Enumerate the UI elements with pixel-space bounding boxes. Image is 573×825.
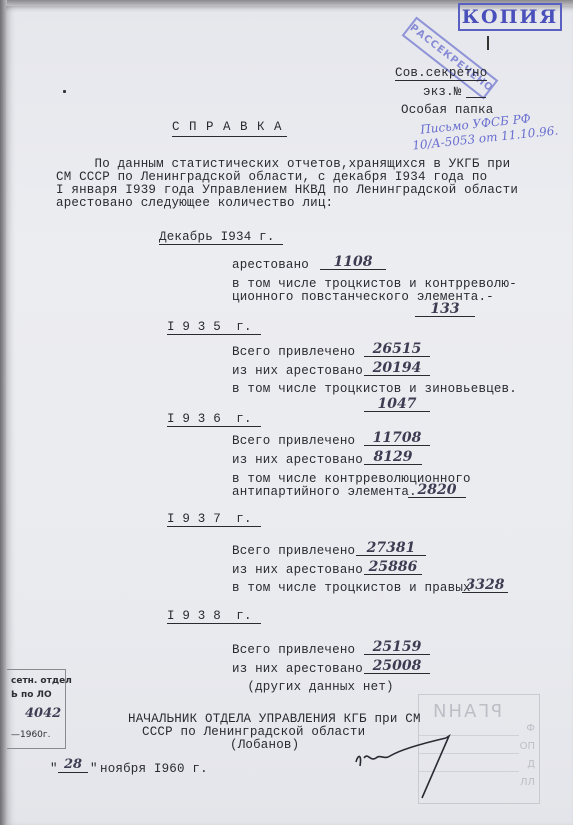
label-involved-1937: Всего привлечено <box>232 544 355 558</box>
label-incl-1936-b: антипартийного элемента. <box>232 485 417 499</box>
registration-stamp: сетн. отдел Ь по ЛО 4042 —1960г. <box>7 669 66 749</box>
period-heading-1935: I 9 3 5 г. <box>167 320 261 335</box>
copy-number: экз.№ <box>423 85 462 99</box>
special-folder: Особая папка <box>401 103 493 117</box>
value-arrested-1938: 25008 <box>364 659 430 674</box>
value-incl-1936: 2820 <box>408 483 466 498</box>
date-close-quote: " <box>90 762 98 776</box>
value-involved-1936: 11708 <box>364 431 430 446</box>
intro-line-1: По данным статистических отчетов,хранящи… <box>56 157 510 171</box>
registration-line-2: Ь по ЛО <box>11 690 52 700</box>
archive-name: РГАНИ <box>431 701 502 722</box>
value-incl-1934: 133 <box>415 302 475 317</box>
registration-year: —1960г. <box>11 730 51 740</box>
label-arrested-1934: арестовано <box>232 258 309 272</box>
label-arrested-1936: из них арестовано <box>232 453 363 467</box>
scan-speck <box>63 90 66 93</box>
value-arrested-1935: 20194 <box>364 361 430 376</box>
copy-stamp: КОПИЯ <box>458 3 562 31</box>
period-heading-1937: I 9 3 7 г. <box>167 512 261 527</box>
label-arrested-1938: из них арестовано <box>232 662 363 676</box>
intro-line-4: арестовано следующее количество лиц: <box>56 196 333 210</box>
archive-delo: Д <box>527 759 535 770</box>
value-arrested-1934: 1108 <box>320 255 386 270</box>
value-involved-1937: 27381 <box>356 541 426 556</box>
intro-line-3: I января I939 года Управлением НКВД по Л… <box>56 183 518 197</box>
value-involved-1935: 26515 <box>364 342 430 357</box>
label-involved-1938: Всего привлечено <box>232 643 355 657</box>
value-involved-1938: 25159 <box>364 640 430 655</box>
handwritten-signature <box>350 728 470 808</box>
value-arrested-1936: 8129 <box>364 450 422 465</box>
label-incl-1937: в том числе троцкистов и правых <box>232 581 471 595</box>
pen-mark <box>487 36 489 50</box>
no-other-data-note: (других данных нет) <box>232 680 394 694</box>
signatory-title-2: СССР по Ленинградской области <box>142 725 365 739</box>
archive-listy: ЛЛ <box>520 777 535 788</box>
value-arrested-1937: 25886 <box>364 560 422 575</box>
value-incl-1935: 1047 <box>364 397 430 412</box>
label-arrested-1935: из них арестовано <box>232 364 363 378</box>
archive-opis: ОП <box>520 741 535 752</box>
signatory-name: (Лобанов) <box>230 738 299 752</box>
intro-line-2: СМ СССР по Ленинградской области, с дека… <box>56 170 487 184</box>
value-incl-1937: 3328 <box>462 578 508 593</box>
date-month-year: ноября I960 г. <box>100 762 208 776</box>
date-day: 28 <box>58 758 88 773</box>
period-heading-1936: I 9 3 6 г. <box>167 412 261 427</box>
label-incl-1935: в том числе троцкистов и зиновьевцев. <box>232 382 517 396</box>
period-heading-1934: Декабрь I934 г. <box>159 230 283 245</box>
label-arrested-1937: из них арестовано <box>232 563 363 577</box>
registration-line-1: сетн. отдел <box>11 676 72 686</box>
registration-number: 4042 <box>25 706 61 721</box>
label-involved-1936: Всего привлечено <box>232 434 355 448</box>
label-incl-1934-a: в том числе троцкистов и контрреволю- <box>232 277 517 291</box>
document-title: С П Р А В К А <box>172 120 287 137</box>
archive-fond: Ф <box>526 723 535 734</box>
period-heading-1938: I 9 3 8 г. <box>167 609 261 624</box>
label-involved-1935: Всего привлечено <box>232 345 355 359</box>
signatory-title-1: НАЧАЛЬНИК ОТДЕЛА УПРАВЛЕНИЯ КГБ при СМ <box>128 712 421 726</box>
classification-level: Сов.секретно <box>395 66 487 81</box>
copy-number-blank <box>466 97 486 98</box>
date-open-quote: " <box>50 762 58 776</box>
